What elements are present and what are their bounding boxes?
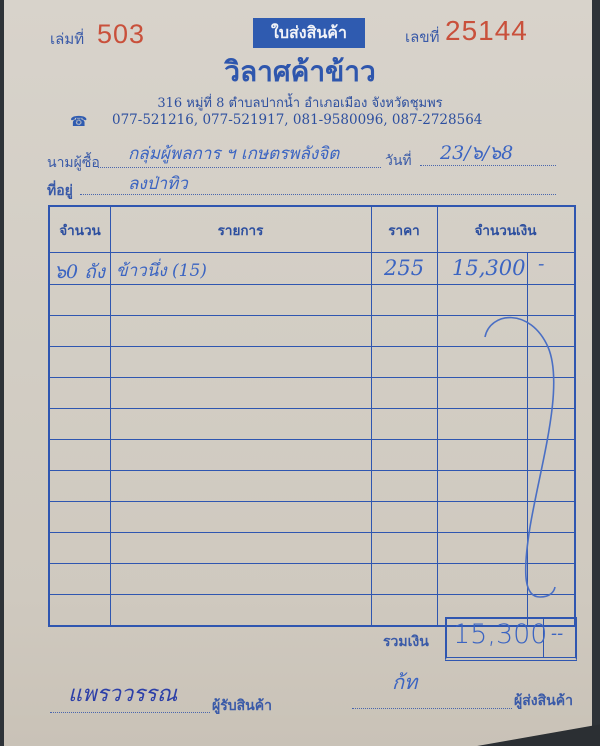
book-label: เล่มที่ <box>50 27 84 51</box>
total-amount[interactable]: 15,300 <box>453 619 547 650</box>
receiver-label: ผู้รับสินค้า <box>212 695 272 717</box>
sender-signature-line <box>352 708 512 709</box>
row1-amount[interactable]: 15,300 <box>452 256 525 280</box>
sender-signature[interactable]: ก้ท <box>392 666 417 698</box>
shop-name: วิลาศค้าข้าว <box>0 50 600 94</box>
form-title: ใบส่งสินค้า <box>253 18 365 48</box>
total-label: รวมเงิน <box>383 631 429 653</box>
doc-label: เลขที่ <box>405 25 439 49</box>
items-table: จำนวน รายการ ราคา จำนวนเงิน ๖0 ถัง ข้าวน… <box>48 205 576 627</box>
row1-item[interactable]: ข้าวนึ่ง (15) <box>116 257 207 284</box>
address-label: ที่อยู่ <box>47 180 73 202</box>
header-qty: จำนวน <box>50 219 110 241</box>
row1-satang[interactable]: - <box>538 253 544 275</box>
shop-phones: 077-521216, 077-521917, 081-9580096, 087… <box>112 112 482 128</box>
header-amount: จำนวนเงิน <box>437 219 574 241</box>
total-box: 15,300 -- <box>445 617 577 661</box>
header-price: ราคา <box>371 219 437 241</box>
address-value[interactable]: ลงป่าทิว <box>128 170 188 197</box>
doc-number: 25144 <box>445 15 528 47</box>
phone-icon: ☎ <box>70 114 87 130</box>
row1-qty[interactable]: ๖0 ถัง <box>54 257 105 287</box>
header-divider <box>50 252 574 253</box>
receiver-signature-line <box>50 712 210 713</box>
buyer-name-value[interactable]: กลุ่มผู้พลการ ฯ เกษตรพลังจิต <box>128 140 339 167</box>
date-label: วันที่ <box>385 150 412 172</box>
row-divider <box>50 284 574 285</box>
row1-price[interactable]: 255 <box>384 256 424 280</box>
shop-address: 316 หมู่ที่ 8 ตำบลปากน้ำ อำเภอเมือง จังห… <box>0 92 600 113</box>
receiver-signature[interactable]: แพรววรรณ <box>68 676 177 711</box>
background-shadow <box>460 722 600 746</box>
date-value[interactable]: 23/๖/๖8 <box>440 138 513 168</box>
buyer-name-label: นามผู้ซื้อ <box>47 152 100 174</box>
buyer-name-line <box>98 167 381 168</box>
total-satang[interactable]: -- <box>551 623 563 644</box>
book-number: 503 <box>97 19 145 50</box>
header-item: รายการ <box>110 219 371 241</box>
ditto-mark-icon <box>470 307 560 607</box>
sender-label: ผู้ส่งสินค้า <box>514 690 573 712</box>
